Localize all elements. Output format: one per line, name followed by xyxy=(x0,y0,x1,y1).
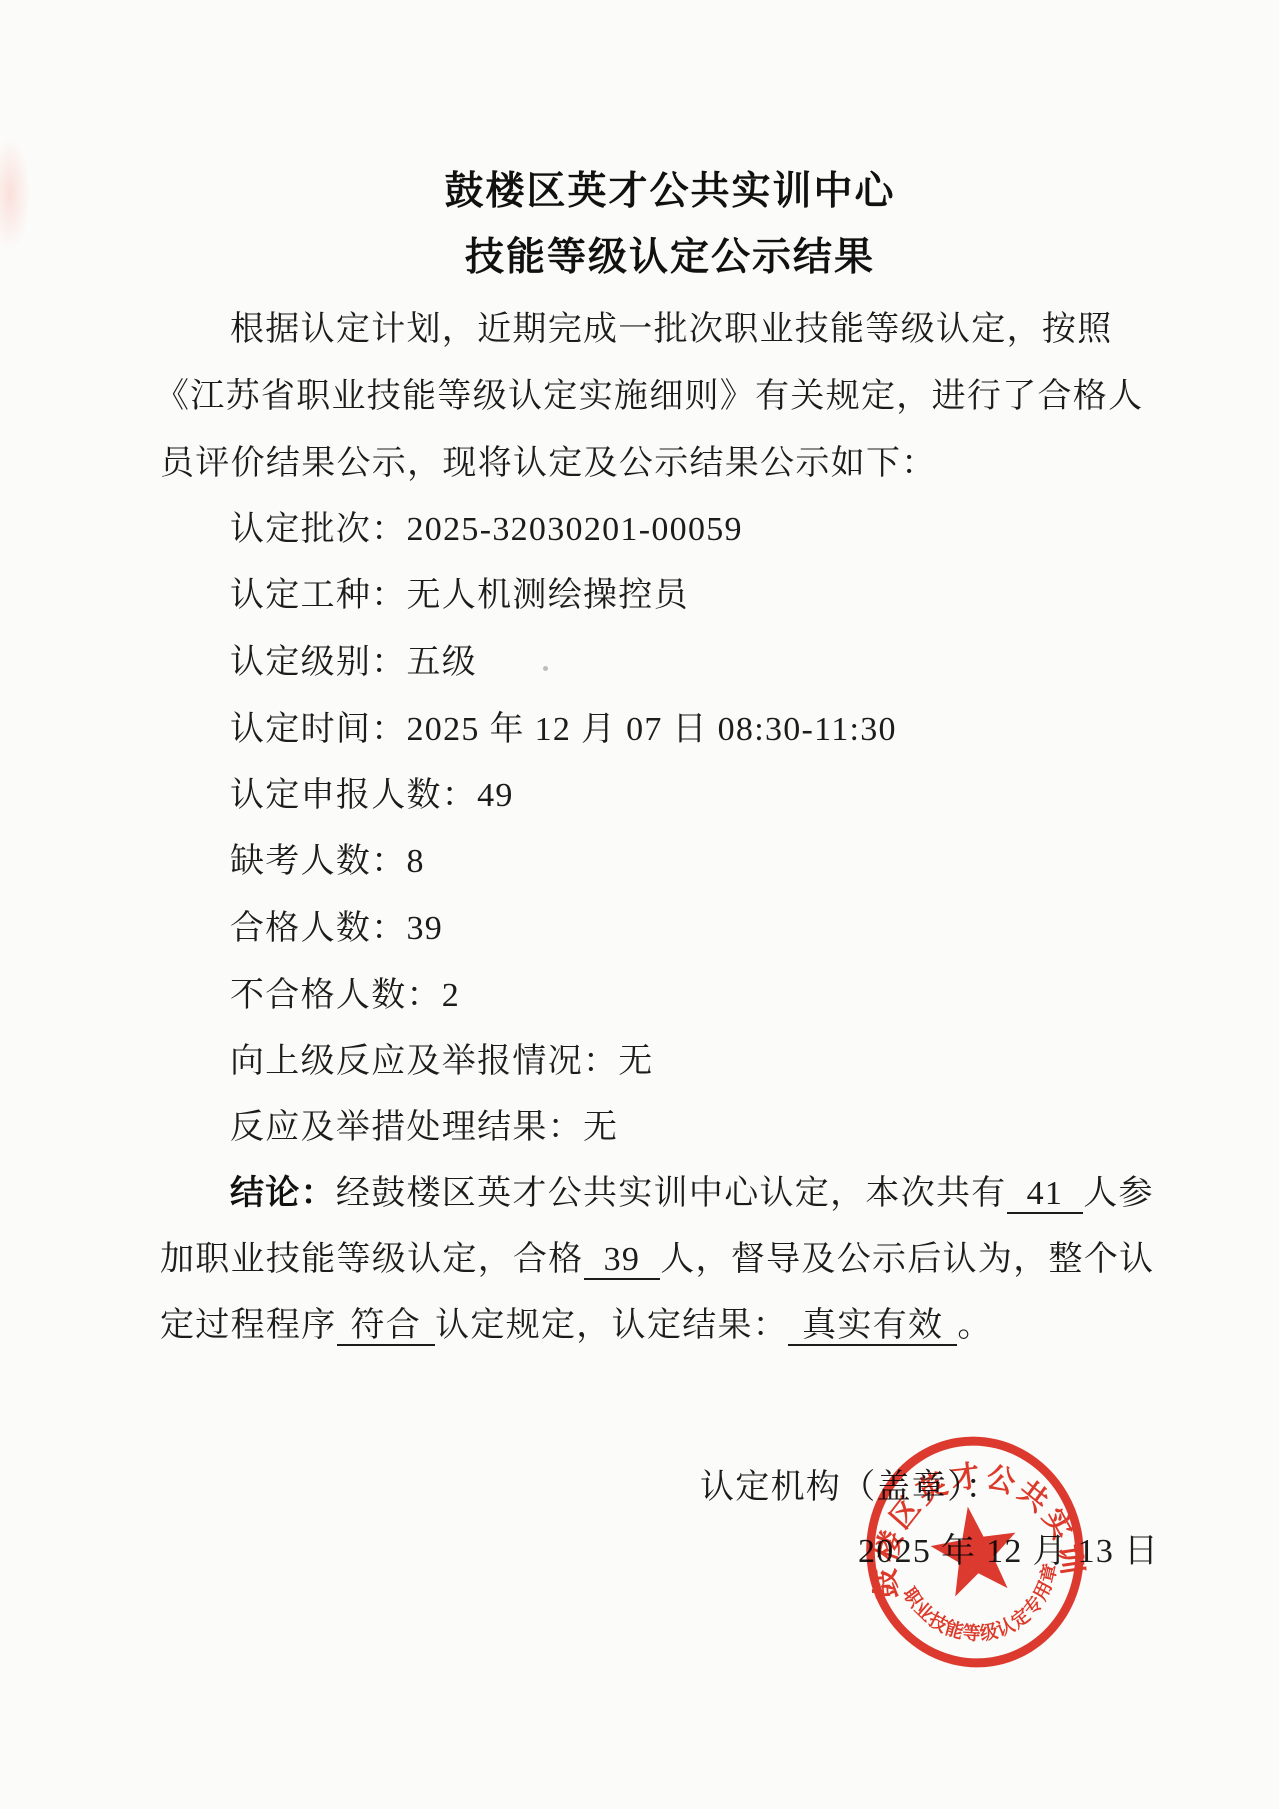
conclusion-text-3a: 定过程程序 xyxy=(160,1307,337,1344)
blank-procedure: 符合 xyxy=(337,1307,436,1346)
field-level: 认定级别：五级 xyxy=(230,638,477,688)
field-time: 认定时间：2025 年 12 月 07 日 08:30-11:30 xyxy=(230,705,897,755)
field-passed: 合格人数：39 xyxy=(230,904,443,954)
intro-line-1: 根据认定计划，近期完成一批次职业技能等级认定，按照 xyxy=(230,305,1113,355)
field-applicants: 认定申报人数：49 xyxy=(230,771,514,821)
conclusion-text-1a: 经鼓楼区英才公共实训中心认定，本次共有 xyxy=(336,1175,1007,1212)
blank-result: 真实有效 xyxy=(788,1307,957,1346)
intro-line-2: 《江苏省职业技能等级认定实施细则》有关规定，进行了合格人 xyxy=(155,372,1143,422)
blank-total-participants: 41 xyxy=(1007,1175,1084,1214)
conclusion-line-1: 结论：经鼓楼区英才公共实训中心认定，本次共有41人参 xyxy=(230,1169,1154,1219)
conclusion-line-2: 加职业技能等级认定，合格39人，督导及公示后认为，整个认 xyxy=(160,1235,1154,1285)
conclusion-line-3: 定过程程序符合认定规定，认定结果：真实有效。 xyxy=(160,1301,993,1351)
field-absent: 缺考人数：8 xyxy=(230,837,425,887)
page-title-line1: 鼓楼区英才公共实训中心 xyxy=(180,166,1160,218)
conclusion-text-2b: 人，督导及公示后认为，整个认 xyxy=(660,1241,1154,1278)
conclusion-text-3b: 认定规定，认定结果： xyxy=(435,1307,788,1344)
conclusion-text-2a: 加职业技能等级认定，合格 xyxy=(160,1241,584,1278)
blank-passed-count: 39 xyxy=(584,1241,661,1280)
page-title-line2: 技能等级认定公示结果 xyxy=(180,232,1160,284)
official-seal: 鼓楼区英才公共实训中心 职业技能等级认定专用章 xyxy=(842,1412,1109,1691)
field-failed: 不合格人数：2 xyxy=(230,971,460,1021)
field-reports: 向上级反应及举报情况：无 xyxy=(230,1037,654,1087)
scan-dot xyxy=(543,666,548,671)
conclusion-text-1b: 人参 xyxy=(1083,1175,1154,1212)
scan-smudge xyxy=(0,138,30,250)
field-batch: 认定批次：2025-32030201-00059 xyxy=(230,505,743,555)
field-occupation: 认定工种：无人机测绘操控员 xyxy=(230,571,689,621)
field-handling: 反应及举措处理结果：无 xyxy=(230,1103,618,1153)
intro-line-3: 员评价结果公示，现将认定及公示结果公示如下： xyxy=(160,439,937,489)
seal-star xyxy=(925,1500,1023,1599)
seal-graphic: 鼓楼区英才公共实训中心 职业技能等级认定专用章 xyxy=(842,1412,1109,1691)
conclusion-lead: 结论： xyxy=(230,1175,336,1212)
announcement-page: 鼓楼区英才公共实训中心 技能等级认定公示结果 根据认定计划，近期完成一批次职业技… xyxy=(0,0,1279,1809)
conclusion-text-3c: 。 xyxy=(957,1307,992,1344)
